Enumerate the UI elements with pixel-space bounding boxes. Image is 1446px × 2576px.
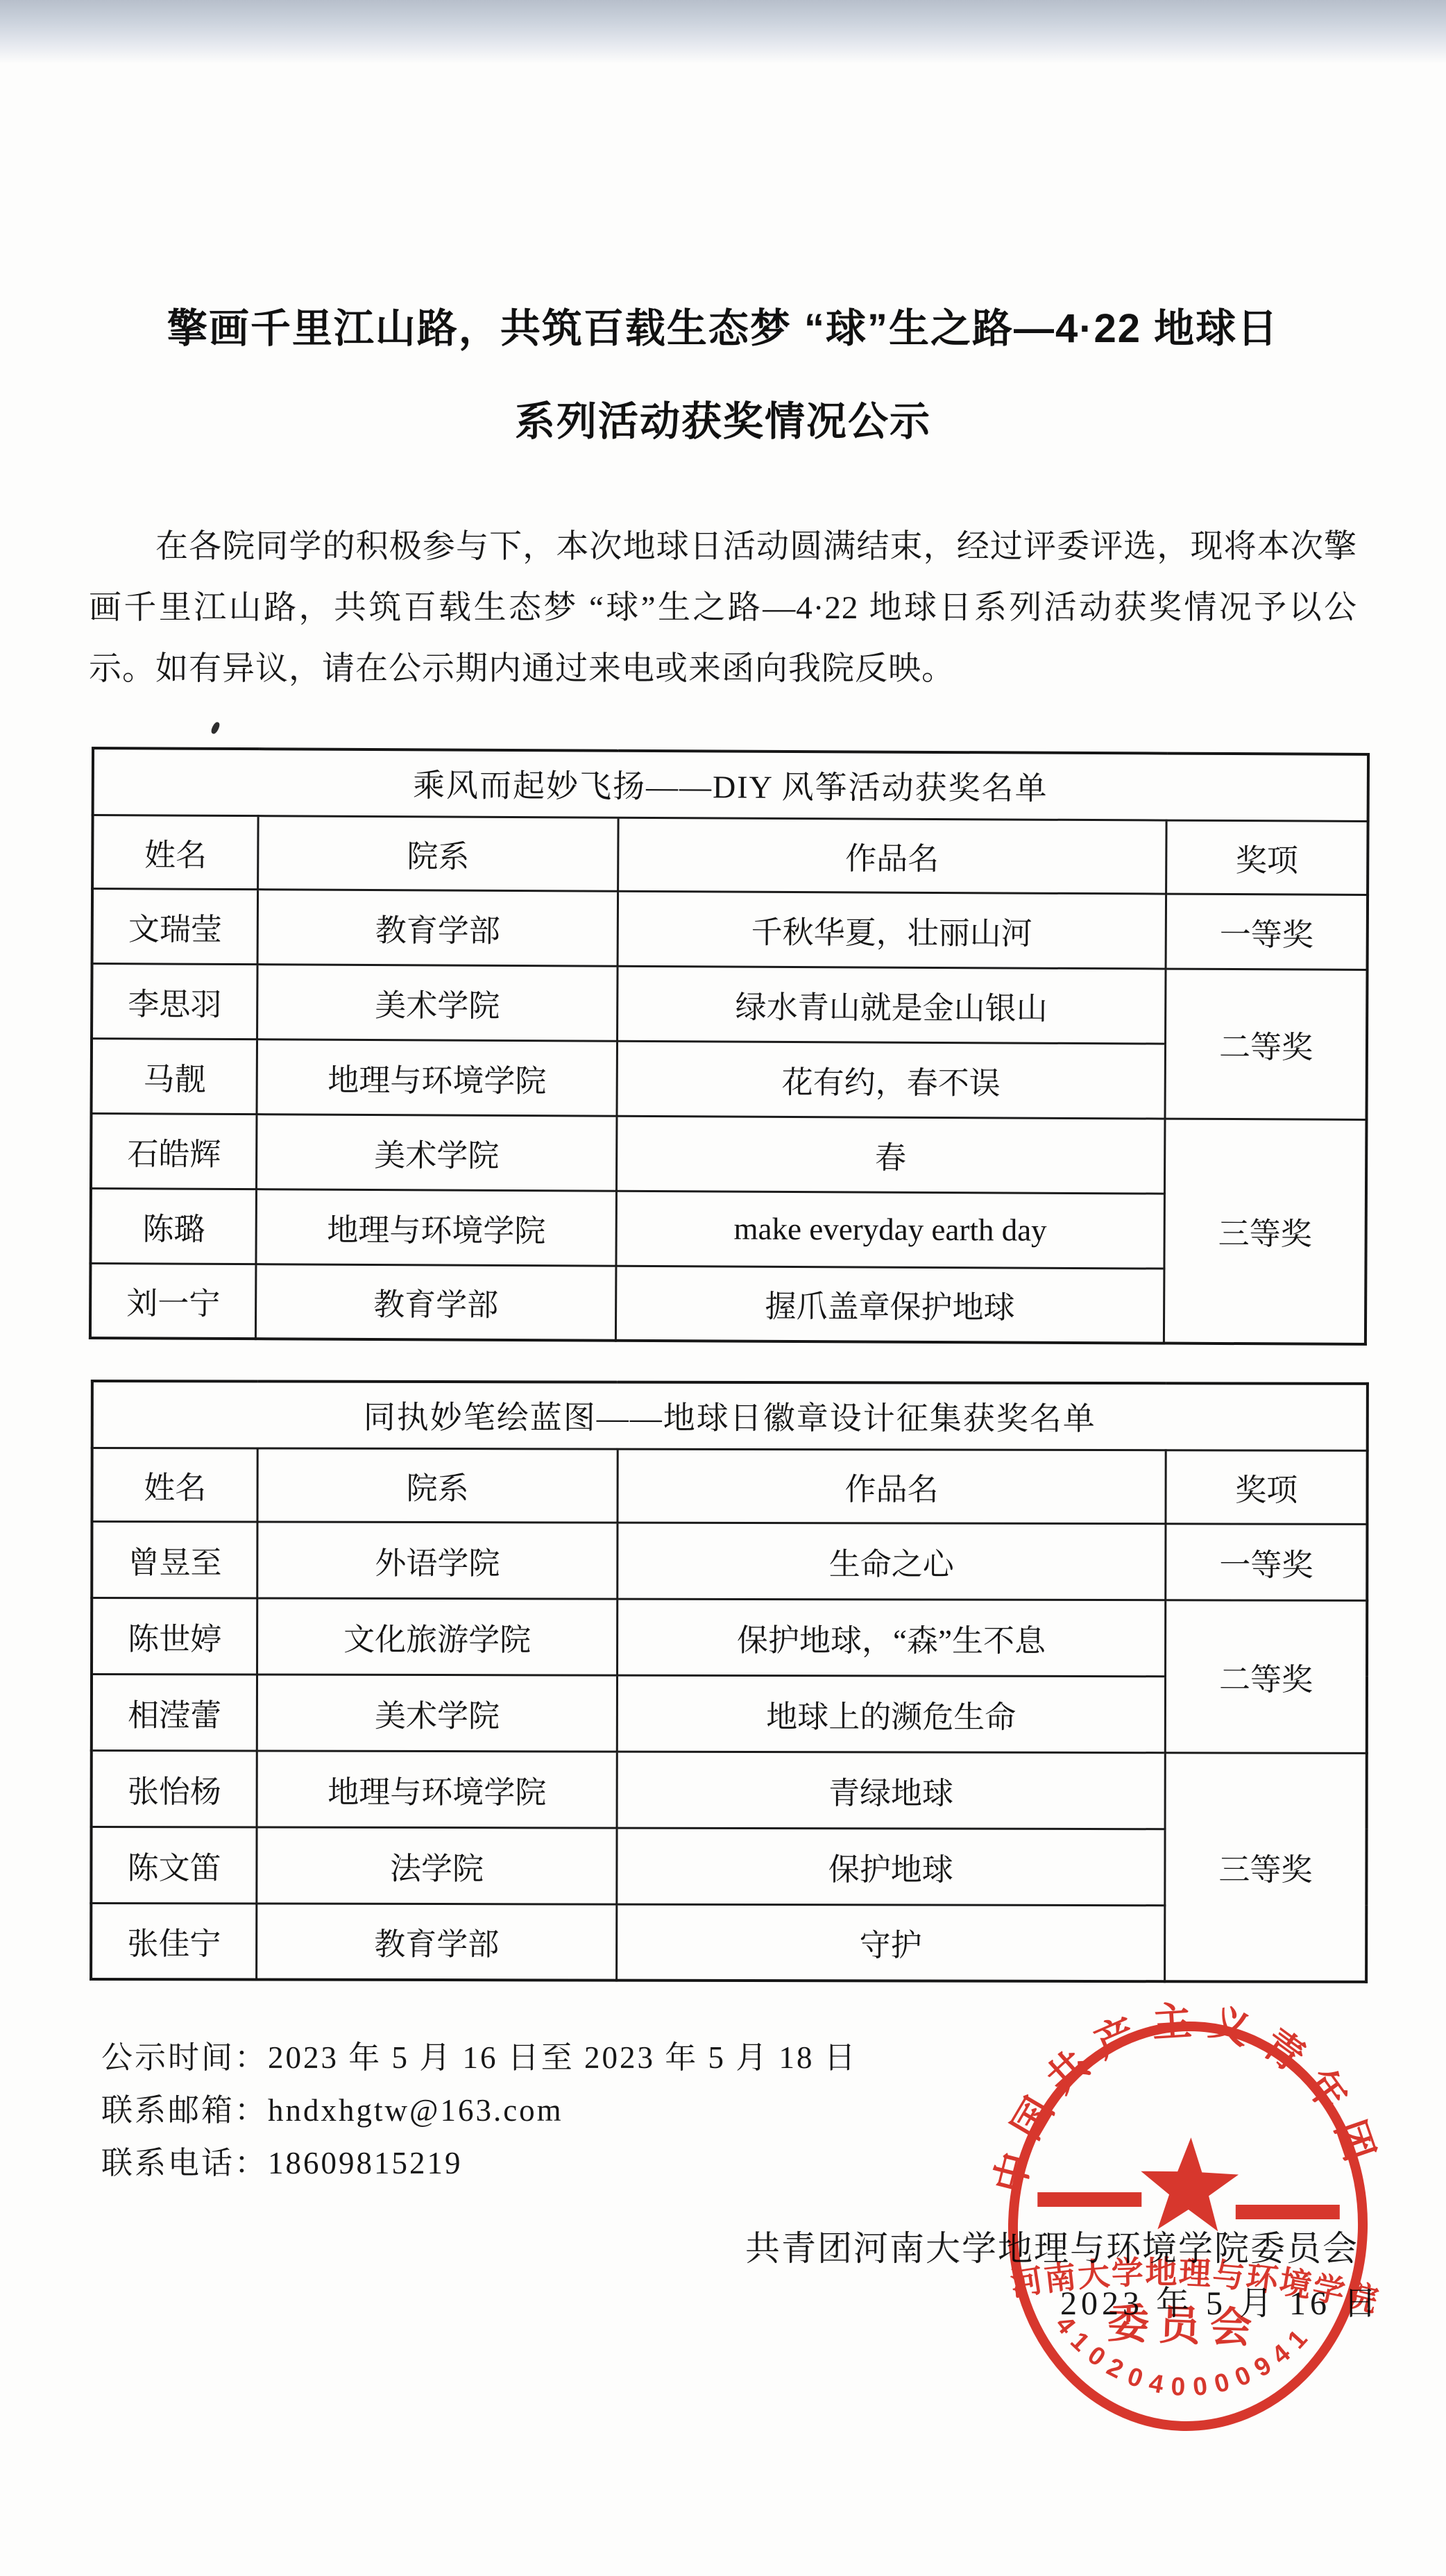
award-badge: 二等奖 (1165, 1600, 1367, 1753)
winner-dept: 美术学院 (257, 1114, 617, 1191)
winner-dept: 文化旅游学院 (257, 1598, 618, 1675)
badge-award-table: 同执妙笔绘蓝图——地球日徽章设计征集获奖名单 姓名 院系 作品名 奖项 曾昱至 … (90, 1380, 1369, 1983)
col-header-name: 姓名 (92, 815, 258, 889)
table-title: 同执妙笔绘蓝图——地球日徽章设计征集获奖名单 (92, 1381, 1368, 1450)
winner-dept: 美术学院 (257, 1675, 618, 1752)
award-badge: 三等奖 (1164, 1119, 1366, 1344)
table-row: 曾昱至 外语学院 生命之心 一等奖 (92, 1521, 1367, 1600)
winner-name: 陈文笛 (91, 1827, 257, 1904)
table-row: 文瑞莹 教育学部 千秋华夏，壮丽山河 一等奖 (92, 888, 1368, 969)
winner-name: 陈世婷 (92, 1598, 257, 1675)
star-icon (1139, 2136, 1239, 2232)
kite-award-table: 乘风而起妙飞扬——DIY 风筝活动获奖名单 姓名 院系 作品名 奖项 文瑞莹 教… (89, 747, 1370, 1346)
winner-work: 保护地球，“森”生不息 (617, 1599, 1166, 1677)
col-header-work: 作品名 (618, 1449, 1166, 1524)
document-title-line1: 擎画千里江山路，共筑百载生态梦 “球”生之路—4·22 地球日 (0, 296, 1446, 354)
col-header-award: 奖项 (1166, 1450, 1368, 1524)
winner-work: 绿水青山就是金山银山 (617, 966, 1166, 1044)
col-header-dept: 院系 (258, 815, 618, 891)
table-row: 石皓辉 美术学院 春 三等奖 (91, 1113, 1367, 1194)
winner-work: 花有约，春不误 (617, 1041, 1166, 1119)
contact-phone: 联系电话：18609815219 (101, 2137, 463, 2183)
publicity-time: 公示时间：2023 年 5 月 16 日至 2023 年 5 月 18 日 (101, 2032, 858, 2077)
document-title-line2: 系列活动获奖情况公示 (0, 389, 1446, 447)
winner-dept: 美术学院 (257, 964, 618, 1041)
award-badge: 一等奖 (1166, 894, 1368, 969)
winner-work: 握爪盖章保护地球 (615, 1266, 1164, 1344)
col-header-work: 作品名 (618, 817, 1166, 894)
winner-work: 青绿地球 (617, 1752, 1166, 1829)
col-header-dept: 院系 (257, 1448, 618, 1523)
winner-name: 相滢蕾 (92, 1674, 257, 1751)
scan-edge-band (0, 0, 1446, 64)
winner-dept: 外语学院 (257, 1522, 618, 1599)
award-badge: 二等奖 (1165, 969, 1367, 1119)
winner-name: 陈璐 (90, 1188, 256, 1264)
col-header-name: 姓名 (92, 1448, 257, 1522)
winner-work: 生命之心 (617, 1523, 1166, 1600)
winner-name: 刘一宁 (90, 1263, 256, 1339)
winner-work: 保护地球 (617, 1828, 1166, 1906)
winner-dept: 地理与环境学院 (257, 1039, 617, 1116)
winner-name: 曾昱至 (92, 1521, 257, 1598)
seal-committee-text: 委员会 (1107, 2300, 1262, 2352)
winner-work: 地球上的濒危生命 (617, 1675, 1166, 1753)
intro-paragraph: 在各院同学的积极参与下，本次地球日活动圆满结束，经过评委评选，现将本次擎画千里江… (89, 516, 1357, 700)
winner-name: 文瑞莹 (92, 888, 258, 964)
seal-right-bar (1236, 2205, 1340, 2219)
table-row: 李思羽 美术学院 绿水青山就是金山银山 二等奖 (92, 963, 1368, 1044)
official-seal: 中国共产主义青年团 河南大学地理与环境学院 委员会 4102040000941 (963, 1996, 1414, 2454)
winner-dept: 地理与环境学院 (256, 1189, 616, 1266)
winner-dept: 教育学部 (256, 1264, 616, 1341)
winner-work: 守护 (616, 1904, 1165, 1982)
winner-name: 张佳宁 (91, 1903, 257, 1980)
table-row: 张怡杨 地理与环境学院 青绿地球 三等奖 (92, 1750, 1367, 1829)
award-badge: 三等奖 (1165, 1752, 1367, 1982)
winner-dept: 教育学部 (257, 1904, 617, 1981)
winner-work: 千秋华夏，壮丽山河 (618, 891, 1166, 969)
winner-dept: 教育学部 (257, 889, 618, 966)
winner-name: 马靓 (92, 1038, 257, 1114)
winner-work: make everyday earth day (616, 1191, 1165, 1269)
winner-name: 石皓辉 (91, 1113, 257, 1189)
winner-dept: 法学院 (257, 1827, 617, 1904)
table-title: 乘风而起妙飞扬——DIY 风筝活动获奖名单 (93, 748, 1368, 821)
col-header-award: 奖项 (1166, 820, 1368, 895)
winner-dept: 地理与环境学院 (257, 1751, 617, 1828)
winner-name: 张怡杨 (92, 1750, 257, 1827)
seal-left-bar (1037, 2192, 1141, 2207)
award-badge: 一等奖 (1166, 1523, 1368, 1600)
winner-work: 春 (616, 1116, 1165, 1194)
contact-email: 联系邮箱：hndxhgtw@163.com (101, 2085, 563, 2130)
table-row: 陈世婷 文化旅游学院 保护地球，“森”生不息 二等奖 (92, 1598, 1367, 1677)
scan-speck (210, 721, 221, 735)
announcement-page: 擎画千里江山路，共筑百载生态梦 “球”生之路—4·22 地球日 系列活动获奖情况… (0, 0, 1446, 2576)
winner-name: 李思羽 (92, 963, 257, 1039)
